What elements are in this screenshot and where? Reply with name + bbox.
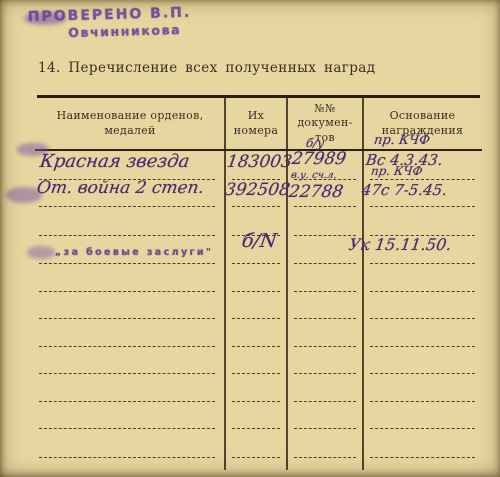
award3-basis: Ук 15.11.50. xyxy=(348,235,453,254)
award2-basis-note: пр. КЧФ xyxy=(370,164,424,178)
table-row xyxy=(35,429,482,458)
table-row xyxy=(35,319,482,347)
award2-name: От. война 2 степ. xyxy=(36,178,206,198)
award1-doc-note: б/у xyxy=(305,136,325,150)
award2-doc-note: в.у. сч.л. xyxy=(290,170,337,181)
award1-basis-note: пр. КЧФ xyxy=(373,133,431,148)
award2-number: 392508 xyxy=(224,180,292,200)
section-title: 14. Перечисление всех полученных наград xyxy=(38,60,375,76)
ink-smudge xyxy=(27,246,55,259)
verified-stamp: ПРОВЕРЕНО В.П. Овчинникова xyxy=(28,5,192,42)
column-divider xyxy=(362,95,364,470)
award2-doc-number: 22788 xyxy=(288,182,345,202)
award3-number: б/N xyxy=(240,230,278,252)
table-row xyxy=(35,292,482,319)
award3-name-stamp: „за боевые заслуги" xyxy=(55,247,213,258)
award-record-card-scan: ПРОВЕРЕНО В.П. Овчинникова 14. Перечисле… xyxy=(0,0,500,477)
table-row xyxy=(35,374,482,402)
header-award-number: Их номера xyxy=(225,98,287,149)
table-row xyxy=(35,347,482,374)
award1-name: Красная звезда xyxy=(39,151,191,172)
header-document-number: №№ докумен- тов xyxy=(287,98,363,149)
header-award-name: Наименование орденов, медалей xyxy=(35,98,225,149)
award1-doc-number: 27989 xyxy=(291,149,348,169)
table-row xyxy=(35,402,482,429)
award1-number: 183003 xyxy=(226,152,294,172)
stamp-line2: Овчинникова xyxy=(68,22,192,40)
table-row xyxy=(35,264,482,292)
award2-basis: 47с 7-5.45. xyxy=(361,181,449,199)
column-divider xyxy=(224,95,226,470)
